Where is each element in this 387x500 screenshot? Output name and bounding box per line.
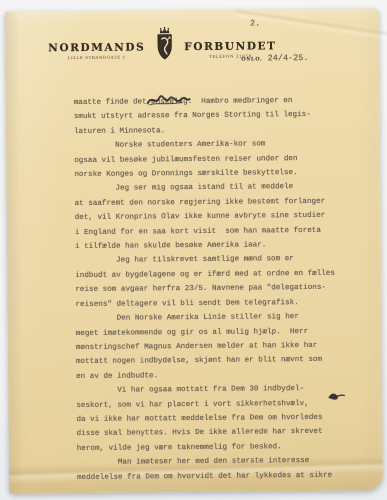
typed-line: meddelelse fra Dem om hvorvidt det har l… [77, 468, 337, 485]
typed-line: Den Norske Amerika Linie stiller sig her [76, 310, 336, 327]
typed-line: norske Konges og Dronnings særskilte bes… [74, 166, 334, 183]
typed-line: smukt utstyrt adresse fra Norges Stortin… [74, 108, 334, 125]
letter-body: maatte finde det ønskelig. Hambro medbri… [74, 94, 337, 485]
org-name-right: FORBUNDET [184, 40, 276, 53]
dateline: OSLO, 24/4-25. [241, 53, 308, 64]
norwegian-lion-crest-icon [152, 26, 177, 66]
typed-line: i England for en saa kort visit som han … [75, 223, 335, 240]
page-number: 2. [250, 18, 260, 28]
org-address: LILLE STRANDGATE 1 [68, 55, 126, 61]
dateline-place: OSLO, [241, 56, 262, 62]
ink-margin-mark [326, 390, 346, 408]
photo-of-letter: NORDMANDS LILLE STRANDGATE 1 FORBUNDET T… [0, 0, 387, 500]
ink-overwrite-scribble [146, 93, 192, 113]
letterhead-left-block: NORDMANDS LILLE STRANDGATE 1 [48, 41, 145, 60]
org-name-left: NORDMANDS [48, 41, 145, 54]
dateline-date: 24/4-25. [268, 53, 309, 63]
typed-line: Man imøteser her med den største interes… [77, 454, 337, 471]
typed-line: mottatt nogen indbydelse, skjønt han er … [76, 353, 336, 370]
typed-line: disse skal benyttes. Hvis De ikke allere… [77, 425, 337, 442]
letter-page: NORDMANDS LILLE STRANDGATE 1 FORBUNDET T… [5, 8, 383, 493]
paper-crease [5, 12, 23, 494]
typed-line: Vi har ogsaa mottatt fra Dem 30 indbydel… [76, 382, 336, 399]
